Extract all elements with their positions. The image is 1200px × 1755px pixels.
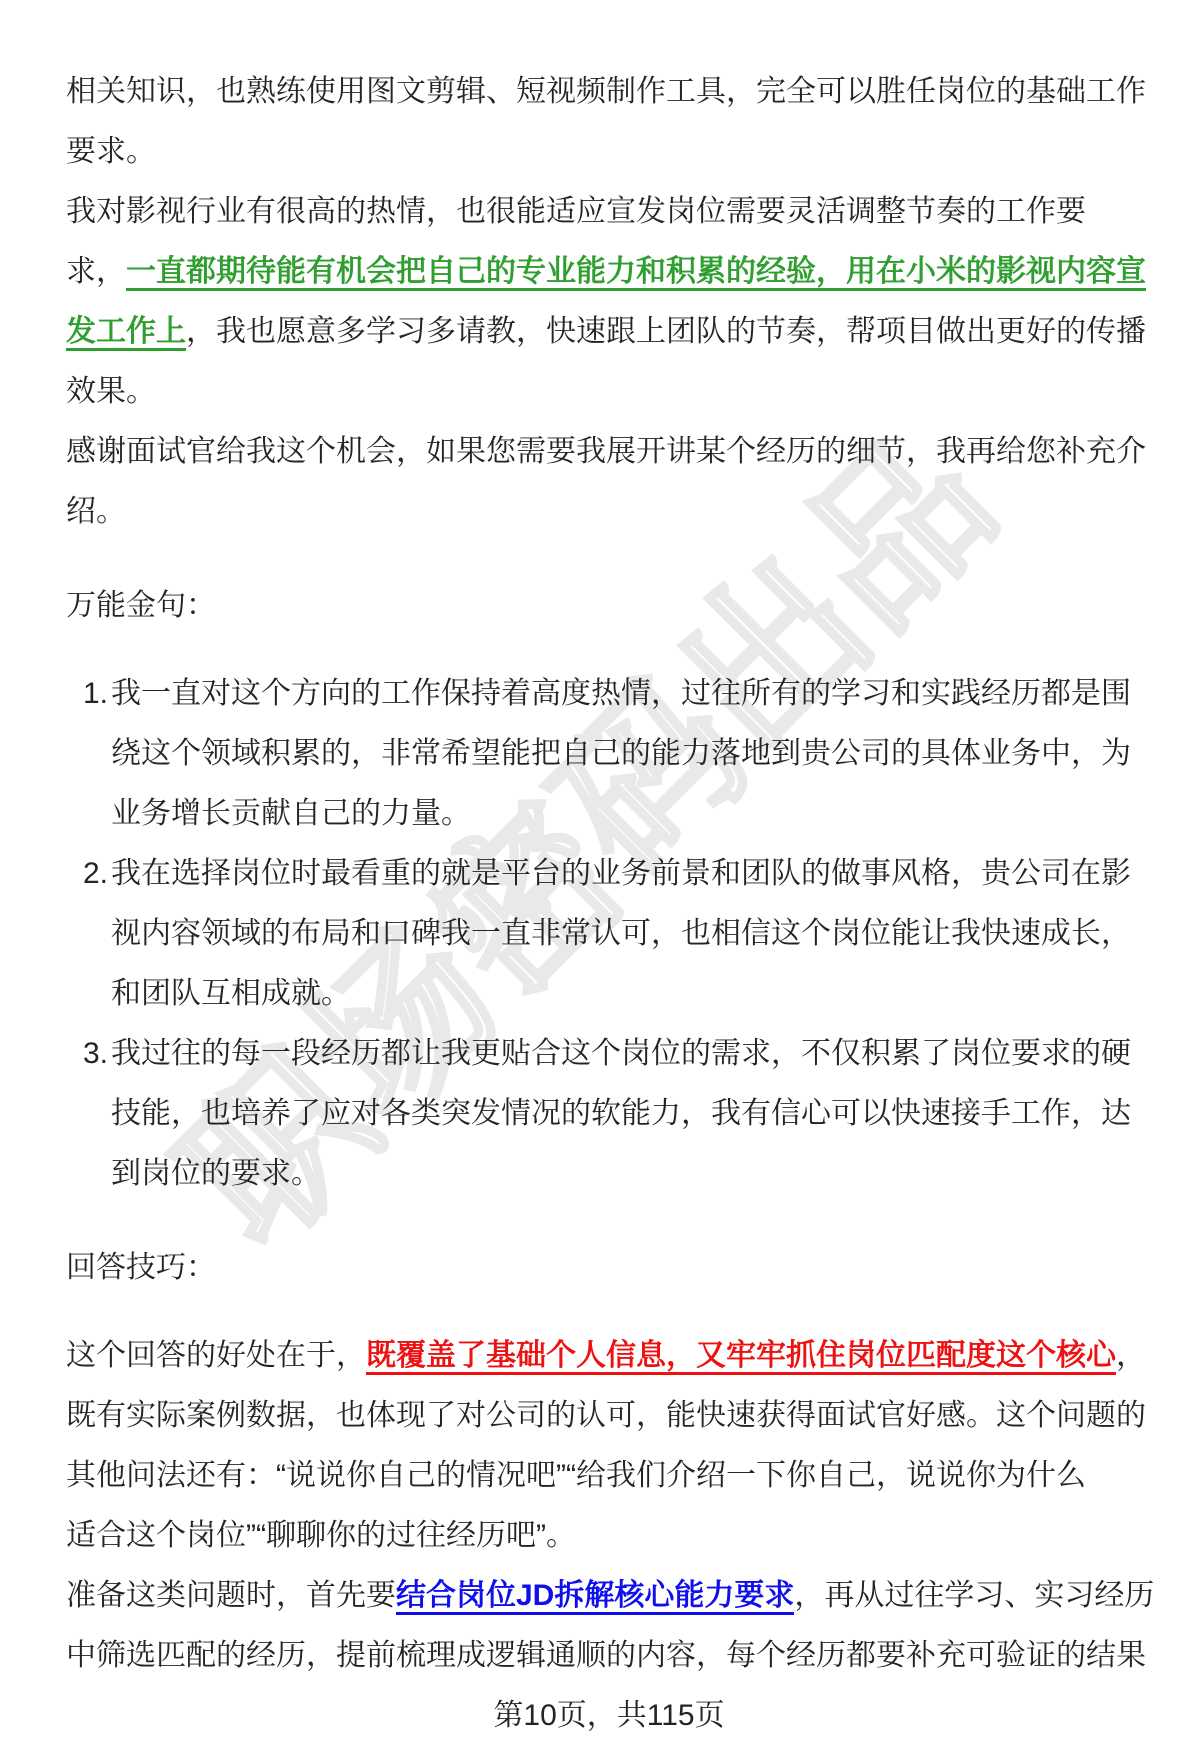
- text-segment: 求，: [66, 255, 126, 288]
- text-segment: 中筛选匹配的经历，提前梳理成逻辑通顺的内容，每个经历都要补充可验证的结果: [66, 1639, 1146, 1672]
- text-line: 既有实际案例数据，也体现了对公司的认可，能快速获得面试官好感。这个问题的: [66, 1386, 1152, 1446]
- text-segment: ，: [1116, 1339, 1146, 1372]
- text-line: 其他问法还有：“说说你自己的情况吧”“给我们介绍一下你自己，说说你为什么: [66, 1446, 1152, 1506]
- text-segment: 这个回答的好处在于，: [66, 1339, 366, 1372]
- text-line: 发工作上，我也愿意多学习多请教，快速跟上团队的节奏，帮项目做出更好的传播: [66, 302, 1152, 362]
- text-line: 视内容领域的布局和口碑我一直非常认可，也相信这个岗位能让我快速成长，: [66, 904, 1152, 964]
- text-line: 到岗位的要求。: [66, 1144, 1152, 1204]
- text-segment: 我过往的每一段经历都让我更贴合这个岗位的需求，不仅积累了岗位要求的硬: [111, 1037, 1131, 1070]
- text-line: 3.我过往的每一段经历都让我更贴合这个岗位的需求，不仅积累了岗位要求的硬: [66, 1024, 1152, 1084]
- text-segment: 回答技巧：: [66, 1251, 216, 1284]
- text-line: 中筛选匹配的经历，提前梳理成逻辑通顺的内容，每个经历都要补充可验证的结果: [66, 1626, 1152, 1686]
- section-paragraph: 准备这类问题时，首先要结合岗位JD拆解核心能力要求，再从过往学习、实习经历中筛选…: [66, 1566, 1152, 1686]
- text-line: 准备这类问题时，首先要结合岗位JD拆解核心能力要求，再从过往学习、实习经历: [66, 1566, 1152, 1626]
- section-heading: 万能金句：: [66, 576, 1152, 636]
- text-segment: 要求。: [66, 135, 156, 168]
- text-segment: 感谢面试官给我这个机会，如果您需要我展开讲某个经历的细节，我再给您补充介: [66, 435, 1146, 468]
- text-segment: 我一直对这个方向的工作保持着高度热情，过往所有的学习和实践经历都是围: [111, 677, 1131, 710]
- text-segment: 我对影视行业有很高的热情，也很能适应宣发岗位需要灵活调整节奏的工作要: [66, 195, 1086, 228]
- text-line: 和团队互相成就。: [66, 964, 1152, 1024]
- page-footer: 第10页，共115页: [66, 1686, 1152, 1746]
- text-line: 绍。: [66, 482, 1152, 542]
- highlight-blue: 结合岗位JD拆解核心能力要求: [396, 1579, 794, 1615]
- list-number: 3.: [83, 1024, 108, 1084]
- list-number: 1.: [83, 664, 108, 724]
- highlight-red: 既覆盖了基础个人信息，又牢牢抓住岗位匹配度这个核心: [366, 1339, 1116, 1375]
- text-segment: 其他问法还有：“说说你自己的情况吧”“给我们介绍一下你自己，说说你为什么: [66, 1459, 1086, 1492]
- section-list-item: 1.我一直对这个方向的工作保持着高度热情，过往所有的学习和实践经历都是围绕这个领…: [66, 664, 1152, 844]
- list-number: 2.: [83, 844, 108, 904]
- text-segment: 万能金句：: [66, 589, 216, 622]
- section-paragraph: 这个回答的好处在于，既覆盖了基础个人信息，又牢牢抓住岗位匹配度这个核心，既有实际…: [66, 1326, 1152, 1566]
- page: { "page": { "watermark": "职场密码出品", "foot…: [0, 0, 1200, 1755]
- document-body: 相关知识，也熟练使用图文剪辑、短视频制作工具，完全可以胜任岗位的基础工作要求。我…: [66, 62, 1152, 1746]
- text-line: 绕这个领域积累的，非常希望能把自己的能力落地到贵公司的具体业务中，为: [66, 724, 1152, 784]
- text-line: 业务增长贡献自己的力量。: [66, 784, 1152, 844]
- section-list-item: 2.我在选择岗位时最看重的就是平台的业务前景和团队的做事风格，贵公司在影视内容领…: [66, 844, 1152, 1024]
- section-paragraph: 我对影视行业有很高的热情，也很能适应宣发岗位需要灵活调整节奏的工作要求，一直都期…: [66, 182, 1152, 422]
- text-segment: 我在选择岗位时最看重的就是平台的业务前景和团队的做事风格，贵公司在影: [111, 857, 1131, 890]
- text-line: 适合这个岗位”“聊聊你的过往经历吧”。: [66, 1506, 1152, 1566]
- text-segment: 绍。: [66, 495, 126, 528]
- text-segment: 业务增长贡献自己的力量。: [111, 797, 471, 830]
- text-segment: ，再从过往学习、实习经历: [794, 1579, 1154, 1612]
- text-segment: 技能，也培养了应对各类突发情况的软能力，我有信心可以快速接手工作，达: [111, 1097, 1131, 1130]
- section-list-item: 3.我过往的每一段经历都让我更贴合这个岗位的需求，不仅积累了岗位要求的硬技能，也…: [66, 1024, 1152, 1204]
- text-segment: 既有实际案例数据，也体现了对公司的认可，能快速获得面试官好感。这个问题的: [66, 1399, 1146, 1432]
- text-line: 这个回答的好处在于，既覆盖了基础个人信息，又牢牢抓住岗位匹配度这个核心，: [66, 1326, 1152, 1386]
- section-paragraph: 感谢面试官给我这个机会，如果您需要我展开讲某个经历的细节，我再给您补充介绍。: [66, 422, 1152, 542]
- text-line: 我对影视行业有很高的热情，也很能适应宣发岗位需要灵活调整节奏的工作要: [66, 182, 1152, 242]
- text-line: 回答技巧：: [66, 1238, 1152, 1298]
- text-line: 相关知识，也熟练使用图文剪辑、短视频制作工具，完全可以胜任岗位的基础工作: [66, 62, 1152, 122]
- text-segment: 效果。: [66, 375, 156, 408]
- text-segment: 视内容领域的布局和口碑我一直非常认可，也相信这个岗位能让我快速成长，: [111, 917, 1131, 950]
- text-line: 万能金句：: [66, 576, 1152, 636]
- highlight-green: 发工作上: [66, 315, 186, 351]
- text-segment: 适合这个岗位”“聊聊你的过往经历吧”。: [66, 1519, 576, 1552]
- text-segment: 绕这个领域积累的，非常希望能把自己的能力落地到贵公司的具体业务中，为: [111, 737, 1131, 770]
- text-segment: 和团队互相成就。: [111, 977, 351, 1010]
- text-segment: 相关知识，也熟练使用图文剪辑、短视频制作工具，完全可以胜任岗位的基础工作: [66, 75, 1146, 108]
- text-segment: 准备这类问题时，首先要: [66, 1579, 396, 1612]
- text-line: 技能，也培养了应对各类突发情况的软能力，我有信心可以快速接手工作，达: [66, 1084, 1152, 1144]
- text-segment: ，我也愿意多学习多请教，快速跟上团队的节奏，帮项目做出更好的传播: [186, 315, 1146, 348]
- text-line: 感谢面试官给我这个机会，如果您需要我展开讲某个经历的细节，我再给您补充介: [66, 422, 1152, 482]
- text-segment: 到岗位的要求。: [111, 1157, 321, 1190]
- text-line: 1.我一直对这个方向的工作保持着高度热情，过往所有的学习和实践经历都是围: [66, 664, 1152, 724]
- section-heading: 回答技巧：: [66, 1238, 1152, 1298]
- text-line: 要求。: [66, 122, 1152, 182]
- section-paragraph: 相关知识，也熟练使用图文剪辑、短视频制作工具，完全可以胜任岗位的基础工作要求。: [66, 62, 1152, 182]
- text-line: 效果。: [66, 362, 1152, 422]
- text-line: 2.我在选择岗位时最看重的就是平台的业务前景和团队的做事风格，贵公司在影: [66, 844, 1152, 904]
- highlight-green: 一直都期待能有机会把自己的专业能力和积累的经验，用在小米的影视内容宣: [126, 255, 1146, 291]
- text-line: 求，一直都期待能有机会把自己的专业能力和积累的经验，用在小米的影视内容宣: [66, 242, 1152, 302]
